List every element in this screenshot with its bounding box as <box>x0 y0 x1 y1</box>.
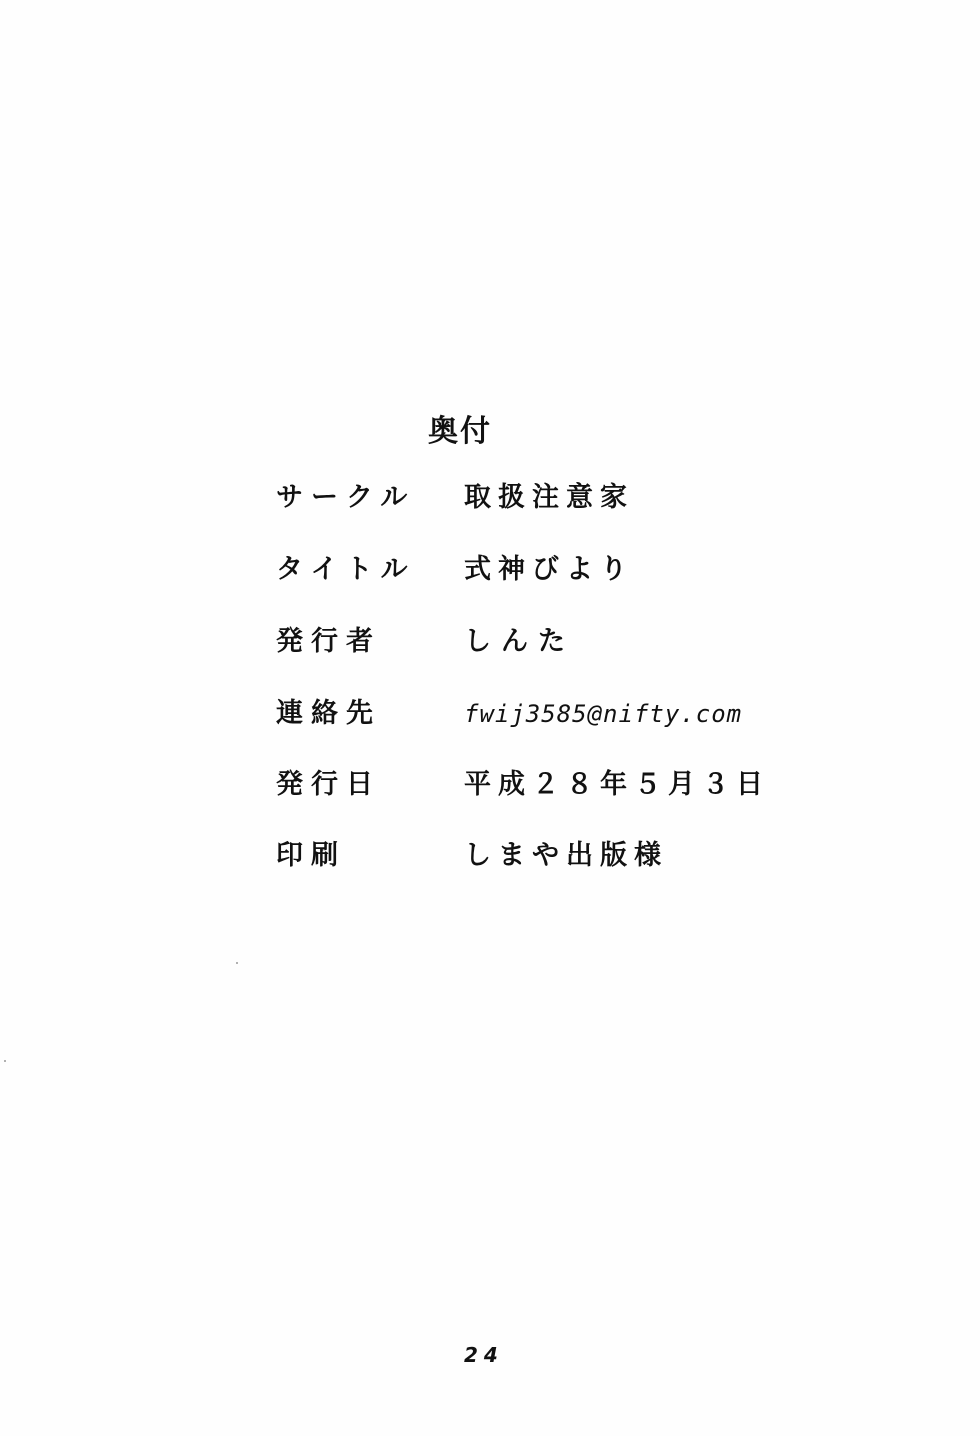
row-label: 連絡先 <box>276 694 381 734</box>
row-value: しまや出版様 <box>464 836 668 876</box>
colophon-row-printer: 印刷 しまや出版様 <box>276 836 776 876</box>
contact-email: fwij3585@nifty.com <box>464 694 742 734</box>
row-label: 発行者 <box>276 622 381 662</box>
scan-speck <box>4 1060 6 1062</box>
row-value: 式神びより <box>464 550 634 590</box>
colophon-row-circle: サークル 取扱注意家 <box>276 478 776 518</box>
row-label: サークル <box>276 478 415 518</box>
row-value: しんた <box>464 622 575 662</box>
colophon-row-publisher: 発行者 しんた <box>276 622 776 662</box>
row-label: タイトル <box>276 550 415 590</box>
row-label: 発行日 <box>276 765 381 805</box>
colophon-row-contact: 連絡先 fwij3585@nifty.com <box>276 694 776 734</box>
row-value: 平成２８年５月３日 <box>464 765 770 805</box>
scan-speck <box>236 962 238 964</box>
row-label: 印刷 <box>276 836 346 876</box>
page-number: 24 <box>464 1342 504 1368</box>
row-value: 取扱注意家 <box>464 478 634 518</box>
colophon-page: 奥付 サークル 取扱注意家 タイトル 式神びより 発行者 しんた 連絡先 fwi… <box>0 0 980 1436</box>
colophon-row-date: 発行日 平成２８年５月３日 <box>276 765 776 805</box>
colophon-row-title: タイトル 式神びより <box>276 550 776 590</box>
colophon-title: 奥付 <box>428 412 492 452</box>
